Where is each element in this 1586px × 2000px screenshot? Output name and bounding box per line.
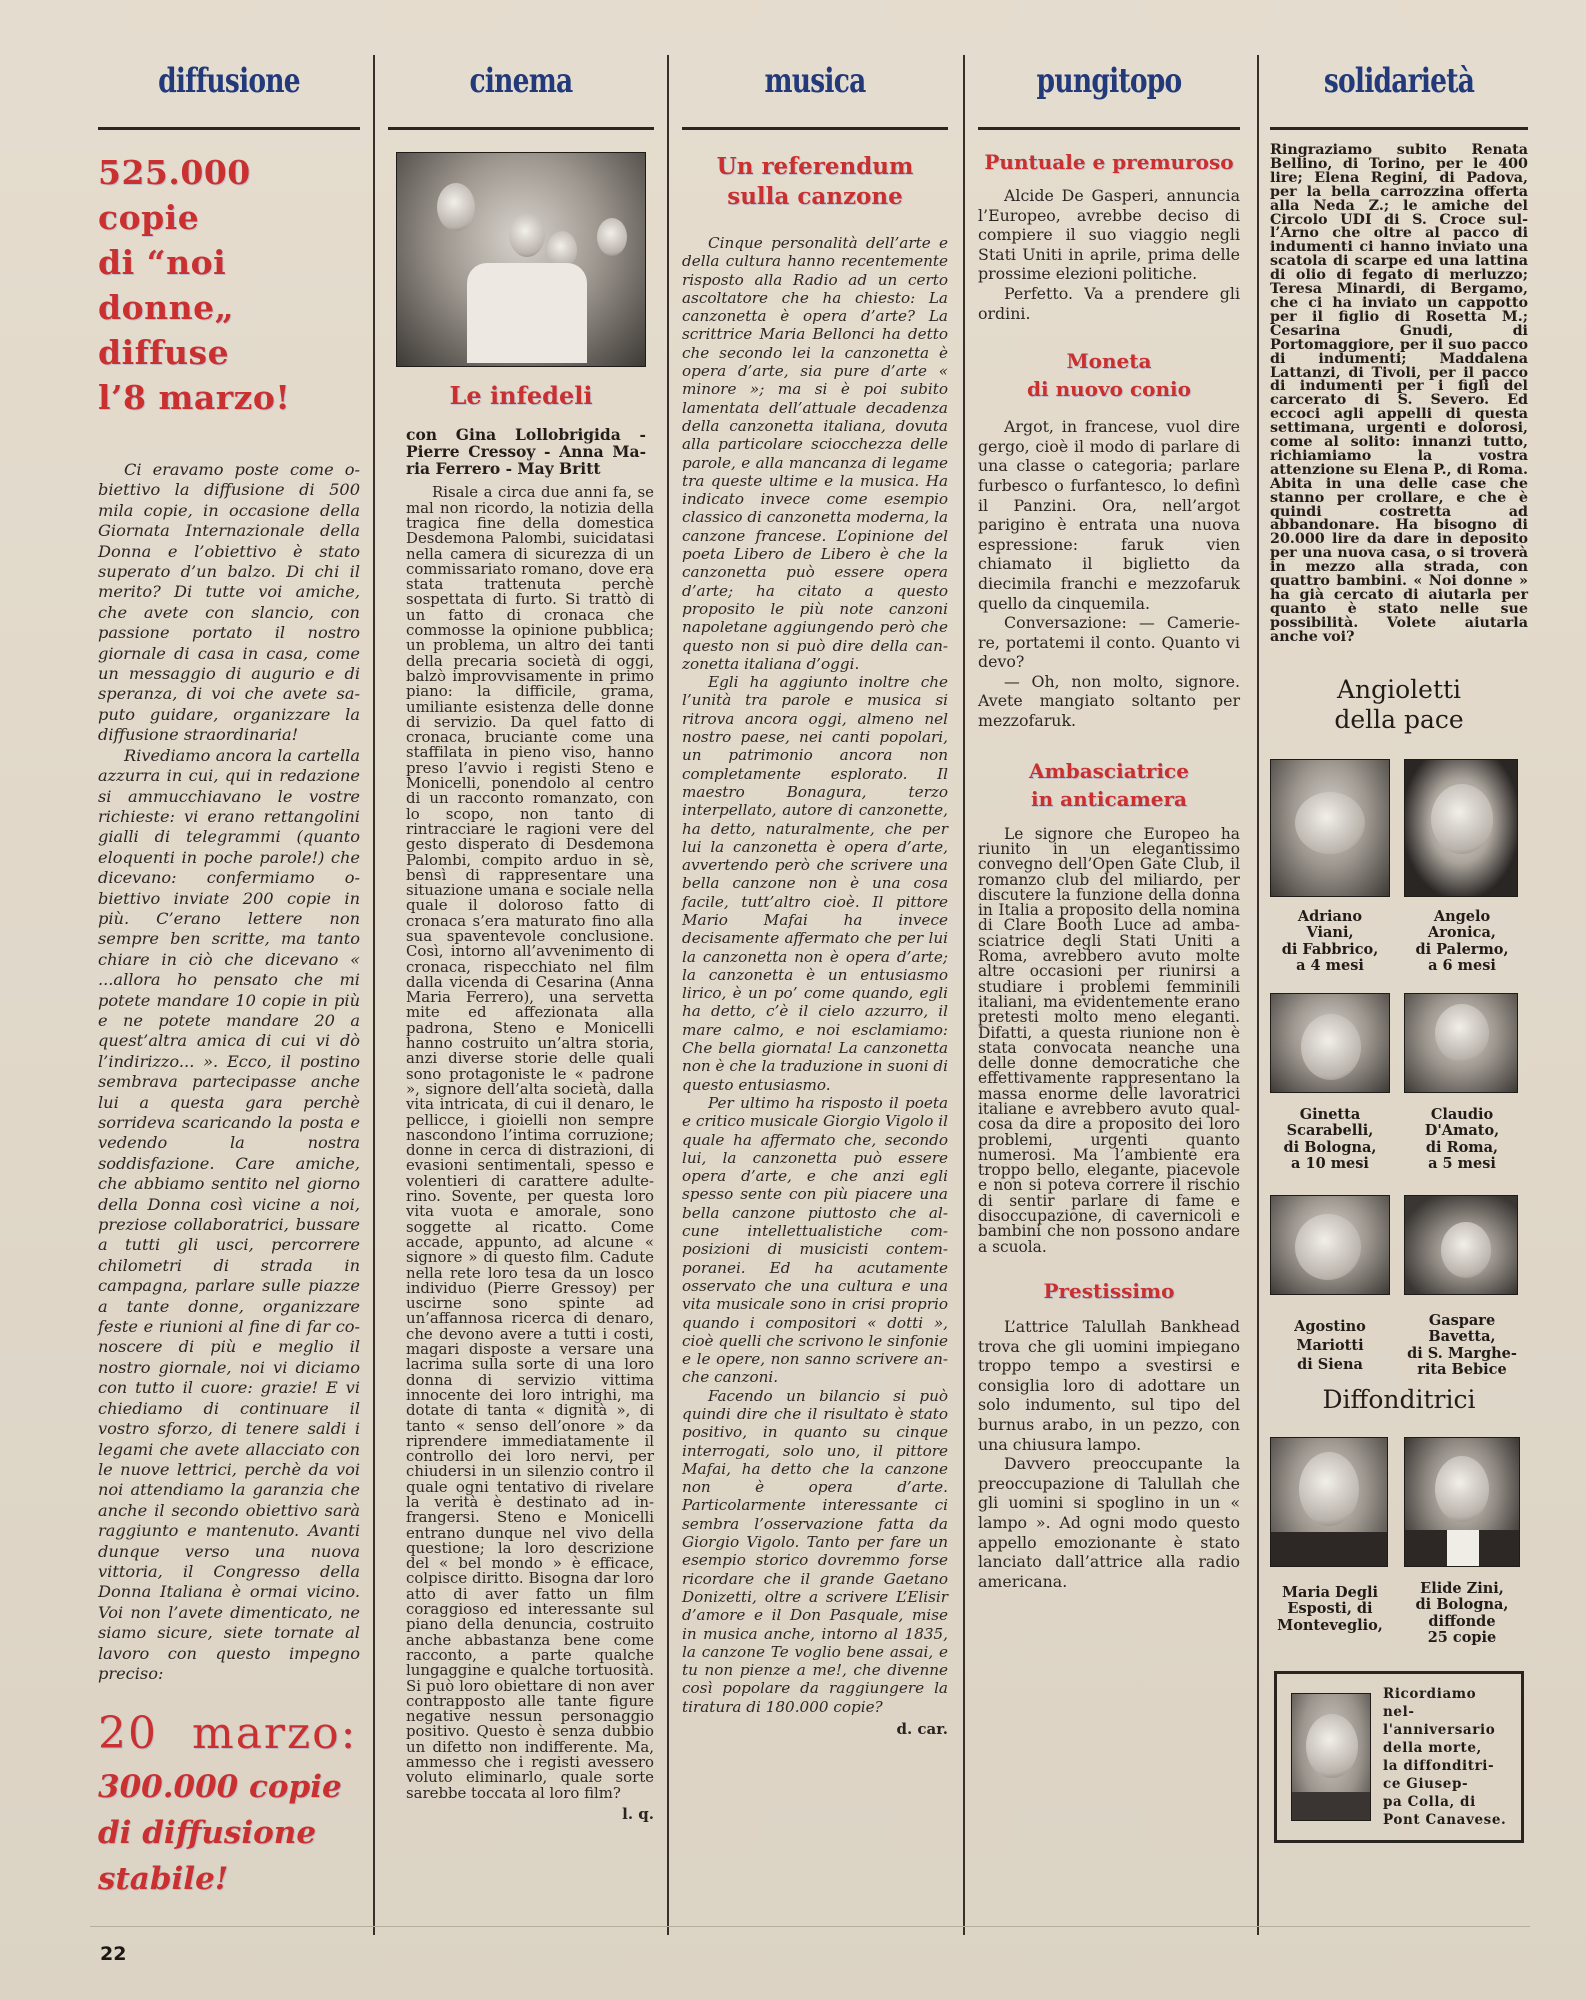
solidarity-body: Ringraziamo subito Renata Bellino, di To… [1270,144,1528,645]
paragraph: Ci eravamo poste come o­biettivo la diff… [98,460,360,746]
article-title: Puntuale e premuroso [978,148,1240,176]
diffonditrici-grid: Maria DegliEsposti, diMonteveglio, Elide… [1270,1437,1528,1647]
headline: 525.000 copie di “noi donne„ diffuse l’8… [98,150,360,420]
film-cast: con Gina Lollobrigida - Pierre Cressoy -… [406,427,646,477]
headline-line: diffuse [98,330,360,375]
title-line: della pace [1270,705,1528,735]
baby-card: GaspareBavetta,di S. Marghe-rita Bebice [1404,1195,1520,1379]
magazine-page: diffusione 525.000 copie di “noi donne„ … [0,0,1586,2000]
title-line: di nuovo conio [978,375,1240,403]
title-line: Moneta [978,347,1240,375]
baby-caption: AgostinoMariottidi Siena [1270,1317,1390,1375]
heading-rule [682,127,948,130]
baby-card: ClaudioD'Amato,di Roma,a 5 mesi [1404,993,1520,1173]
memorial-box: Ricordiamo nel- l'anniversario della mor… [1274,1671,1524,1843]
paragraph: Egli ha aggiunto inoltre che l’unità tra… [682,673,948,1094]
baby-photo [1270,1195,1390,1295]
page-number: 22 [100,1943,126,1965]
headline-line: di “noi donne„ [98,240,360,330]
baby-caption: AdrianoViani,di Fabbrico,a 4 mesi [1270,909,1390,971]
article-body: Cinque personalità dell’arte e della cul… [682,234,948,1716]
paragraph: Facendo un bilancio si può quindi dire c… [682,1387,948,1716]
baby-photo [1270,759,1390,897]
baby-photo [1270,993,1390,1093]
film-still-photo [396,152,646,367]
title-line: Angioletti [1270,675,1528,705]
baby-photo [1404,1195,1518,1295]
column-diffusione: diffusione 525.000 copie di “noi donne„ … [98,55,360,1902]
column-divider [963,55,965,1935]
baby-card: AdrianoViani,di Fabbrico,a 4 mesi [1270,759,1390,971]
article-title: Un referendum sulla canzone [682,152,948,212]
column-pungitopo: pungitopo Puntuale e premuroso Alcide De… [978,55,1240,1591]
slogan-line: 300.000 copie [98,1764,360,1810]
slogan-line: di diffusione [98,1810,360,1856]
baby-photo [1404,759,1518,897]
closing-slogan: 300.000 copie di diffusione stabile! [98,1764,360,1902]
heading-rule [98,127,360,130]
angioletti-title: Angioletti della pace [1270,675,1528,735]
film-title: Le infedeli [388,381,654,411]
article-signature: d. car. [682,1720,948,1738]
section-heading: pungitopo [1007,55,1211,107]
baby-caption: AngeloAronica,di Palermo,a 6 mesi [1404,909,1520,971]
diffonditrice-photo [1270,1437,1388,1567]
article-title: Prestissimo [978,1277,1240,1305]
paragraph: L’attrice Talullah Bankhead trova che gl… [978,1317,1240,1454]
title-line: sulla canzone [682,182,948,212]
baby-caption: ClaudioD'Amato,di Roma,a 5 mesi [1404,1107,1520,1173]
paragraph: Conversazione: — Camerie­re, portatemi i… [978,613,1240,672]
paragraph: Davvero preoccupante la preoccupazione d… [978,1454,1240,1591]
film-review: Risale a circa due anni fa, se mal non r… [406,485,654,1801]
column-divider [667,55,669,1935]
paragraph: Perfetto. Va a prendere gli ordini. [978,284,1240,323]
footer-rule [90,1926,1530,1927]
paragraph: — Oh, non molto, signore. Avete mangiato… [978,672,1240,731]
column-cinema: cinema Le infedeli con Gina Lollobrigida… [388,55,654,1823]
paragraph: Le signore che Europeo ha riunito in un … [978,827,1240,1255]
article-moneta: Moneta di nuovo conio Argot, in francese… [978,347,1240,731]
article-title: Ambasciatrice in anticamera [978,757,1240,813]
article-puntuale: Puntuale e premuroso Alcide De Gasperi, … [978,148,1240,323]
headline-line: l’8 marzo! [98,375,360,420]
section-heading: cinema [417,55,624,107]
diffonditrice-caption: Elide Zini,di Bologna,diffonde25 copie [1404,1581,1520,1647]
angioletti-grid: AdrianoViani,di Fabbrico,a 4 mesi Angelo… [1270,759,1528,1379]
article-ambasciatrice: Ambasciatrice in anticamera Le signore c… [978,757,1240,1255]
diffonditrici-title: Diffonditrici [1270,1385,1528,1415]
baby-photo [1404,993,1518,1093]
slogan-line: stabile! [98,1856,360,1902]
baby-card: AngeloAronica,di Palermo,a 6 mesi [1404,759,1520,971]
article-body: Ci eravamo poste come o­biettivo la diff… [98,460,360,1684]
paragraph: Per ultimo ha risposto il poeta e critic… [682,1094,948,1387]
diffonditrice-photo [1404,1437,1520,1567]
column-solidarieta: solidarietà Ringraziamo subito Renata Be… [1270,55,1528,1843]
paragraph: Cinque personalità dell’arte e della cul… [682,234,948,673]
heading-rule [1270,127,1528,130]
title-line: Ambasciatrice [978,757,1240,785]
heading-rule [978,127,1240,130]
memorial-photo [1291,1693,1371,1821]
column-divider [1257,55,1259,1935]
article-prestissimo: Prestissimo L’attrice Talullah Bankhead … [978,1277,1240,1591]
baby-caption: GinettaScarabelli,di Bologna,a 10 mesi [1270,1107,1390,1173]
review-signature: l. q. [388,1805,654,1823]
paragraph: Rivediamo ancora la car­tella azzurra in… [98,746,360,1685]
title-line: in anticamera [978,785,1240,813]
heading-rule [388,127,654,130]
column-musica: musica Un referendum sulla canzone Cinqu… [682,55,948,1738]
section-heading: solidarietà [1298,55,1499,107]
memorial-text: Ricordiamo nel- l'anniversario della mor… [1383,1685,1513,1829]
section-heading: musica [711,55,918,107]
baby-caption: GaspareBavetta,di S. Marghe-rita Bebice [1404,1313,1520,1379]
paragraph: Alcide De Gasperi, annun­cia l’Europeo, … [978,186,1240,284]
closing-date: 20 marzo: [98,1704,360,1764]
headline-line: 525.000 copie [98,150,360,240]
diffonditrice-card: Elide Zini,di Bologna,diffonde25 copie [1404,1437,1520,1647]
paragraph: Argot, in francese, vuol di­re gergo, ci… [978,417,1240,613]
diffonditrice-card: Maria DegliEsposti, diMonteveglio, [1270,1437,1390,1647]
title-line: Un referendum [682,152,948,182]
column-divider [373,55,375,1935]
section-heading: diffusione [127,55,331,107]
baby-card: GinettaScarabelli,di Bologna,a 10 mesi [1270,993,1390,1173]
article-title: Moneta di nuovo conio [978,347,1240,403]
baby-card: AgostinoMariottidi Siena [1270,1195,1390,1379]
diffonditrice-caption: Maria DegliEsposti, diMonteveglio, [1270,1585,1390,1635]
